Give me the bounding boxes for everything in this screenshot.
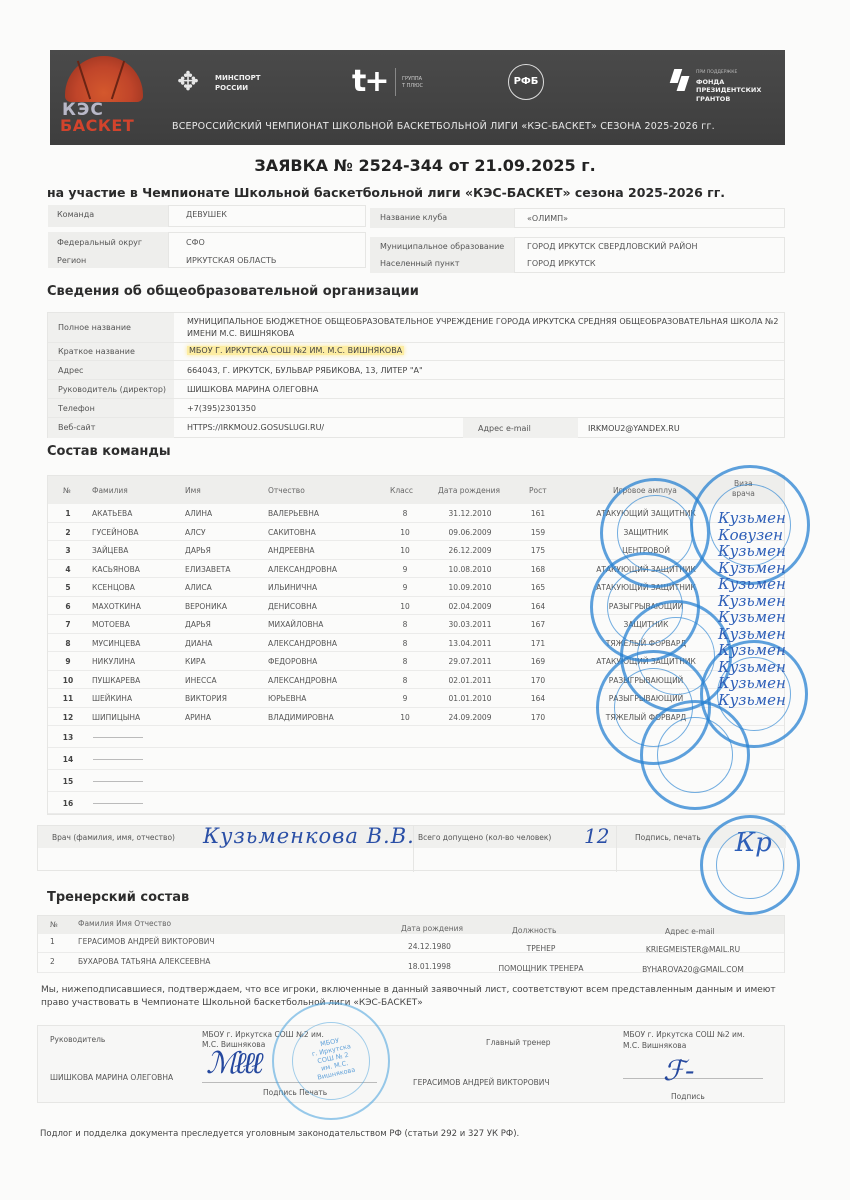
director-sign-line xyxy=(202,1082,377,1083)
director-label: Руководитель (директор) xyxy=(58,385,166,394)
roster-cell-surname: ГУСЕЙНОВА xyxy=(92,528,139,537)
director-signature-scribble: ℳℓℓℓ xyxy=(206,1046,260,1081)
roster-cell-patronymic: АЛЕКСАНДРОВНА xyxy=(268,676,337,685)
org-row-phone: Телефон +7(395)2301350 xyxy=(48,399,784,418)
legal-footer: Подлог и подделка документа преследуется… xyxy=(40,1129,519,1139)
roster-cell-birth: 26.12.2009 xyxy=(449,546,492,555)
doctor-divider-2 xyxy=(616,826,617,872)
fpg-line2: ПРЕЗИДЕНТСКИХ xyxy=(696,86,761,95)
team-value: ДЕВУШЕК xyxy=(186,210,227,219)
roster-cell-position: РАЗЫГРЫВАЮЩИЙ xyxy=(609,676,684,685)
roster-section-title: Состав команды xyxy=(47,444,171,459)
org-row-full-name: Полное название МУНИЦИПАЛЬНОЕ БЮДЖЕТНОЕ … xyxy=(48,313,784,343)
roster-cell-birth: 10.09.2010 xyxy=(449,583,492,592)
address-label: Адрес xyxy=(58,366,83,375)
fpg-line0: ПРИ ПОДДЕРЖКЕ xyxy=(696,69,761,78)
coach-row: 1ГЕРАСИМОВ АНДРЕЙ ВИКТОРОВИЧ24.12.1980ТР… xyxy=(38,934,784,953)
roster-cell-position: ТЯЖЕЛЫЙ ФОРВАРД xyxy=(606,639,686,648)
roster-cell-surname: МУСИНЦЕВА xyxy=(92,639,140,648)
roster-cell-surname: ЗАЙЦЕВА xyxy=(92,546,128,555)
roster-cell-height: 170 xyxy=(531,713,545,722)
roster-cell-position: ЗАЩИТНИК xyxy=(624,620,669,629)
minsport-line1: МИНСПОРТ xyxy=(215,73,261,83)
coach-sign-name: ГЕРАСИМОВ АНДРЕЙ ВИКТОРОВИЧ xyxy=(413,1078,550,1087)
fpg-line3: ГРАНТОВ xyxy=(696,95,761,104)
roster-cell-birth: 10.08.2010 xyxy=(449,565,492,574)
roster-row: 6МАХОТКИНАВЕРОНИКАДЕНИСОВНА1002.04.20091… xyxy=(48,597,784,616)
org-row-website: Веб-сайт HTTPS://IRKMOU2.GOSUSLUGI.RU/ А… xyxy=(48,418,784,438)
short-name-value: МБОУ Г. ИРКУТСКА СОШ №2 ИМ. М.С. ВИШНЯКО… xyxy=(187,346,404,355)
logo-basket-text: БАСКЕТ xyxy=(60,116,134,135)
team-label: Команда xyxy=(57,210,94,219)
roster-cell-patronymic: АЛЕКСАНДРОВНА xyxy=(268,565,337,574)
org-label-cell: Краткое название xyxy=(48,343,174,360)
roster-cell-num: 5 xyxy=(65,583,70,592)
header-banner: КЭС БАСКЕТ ✥ МИНСПОРТ РОССИИ t+ ГРУППА Т… xyxy=(50,50,785,145)
org-row-director: Руководитель (директор) ШИШКОВА МАРИНА О… xyxy=(48,380,784,399)
org-row-address: Адрес 664043, Г. ИРКУТСК, БУЛЬВАР РЯБИКО… xyxy=(48,361,784,380)
roster-cell-name: ИНЕССА xyxy=(185,676,217,685)
roster-cell-surname: КСЕНЦОВА xyxy=(92,583,135,592)
roster-cell-surname: ШИПИЦЫНА xyxy=(92,713,140,722)
roster-cell-name: ВИКТОРИЯ xyxy=(185,694,227,703)
roster-cell-patronymic: ВАЛЕРЬЕВНА xyxy=(268,509,319,518)
roster-cell-grade: 8 xyxy=(403,676,408,685)
roster-cell-height: 164 xyxy=(531,602,545,611)
col-height: Рост xyxy=(529,486,547,495)
org-label-cell: Полное название xyxy=(48,313,174,342)
municipality-label: Муниципальное образование xyxy=(380,242,504,251)
roster-cell-surname: ПУШКАРЕВА xyxy=(92,676,140,685)
roster-cell-birth: 31.12.2010 xyxy=(449,509,492,518)
org-row-short-name: Краткое название МБОУ Г. ИРКУТСКА СОШ №2… xyxy=(48,343,784,361)
confirmation-text: Мы, нижеподписавшиеся, подтверждаем, что… xyxy=(41,984,801,1010)
website-label: Веб-сайт xyxy=(58,423,95,432)
doctor-signature-label: Подпись, печать xyxy=(635,833,701,842)
roster-cell-birth: 02.04.2009 xyxy=(449,602,492,611)
roster-cell-grade: 9 xyxy=(403,583,408,592)
application-title: ЗАЯВКА № 2524-344 от 21.09.2025 г. xyxy=(0,156,850,175)
org-label-cell: Руководитель (директор) xyxy=(48,380,174,398)
coach-cell-role: ПОМОЩНИК ТРЕНЕРА xyxy=(499,964,584,973)
roster-cell-num: 8 xyxy=(65,639,70,648)
roster-cell-num: 6 xyxy=(65,602,70,611)
roster-cell-num: 2 xyxy=(65,528,70,537)
district-value: СФО xyxy=(186,238,205,247)
coach-cell-email: BYHAROVA20@GMAIL.COM xyxy=(642,965,744,974)
roster-cell-num: 10 xyxy=(63,676,73,685)
roster-row: 4КАСЬЯНОВАЕЛИЗАВЕТААЛЕКСАНДРОВНА910.08.2… xyxy=(48,560,784,579)
roster-cell-grade: 8 xyxy=(403,509,408,518)
org-info-table: Полное название МУНИЦИПАЛЬНОЕ БЮДЖЕТНОЕ … xyxy=(47,312,785,438)
admitted-count: 12 xyxy=(584,824,609,848)
empty-line xyxy=(93,803,143,804)
roster-cell-patronymic: ВЛАДИМИРОВНА xyxy=(268,713,334,722)
roster-cell-birth: 29.07.2011 xyxy=(449,657,492,666)
roster-cell-position: ЦЕНТРОВОЙ xyxy=(622,546,670,555)
roster-cell-surname: ШЕЙКИНА xyxy=(92,694,132,703)
region-label: Регион xyxy=(57,256,86,265)
roster-cell-grade: 9 xyxy=(403,694,408,703)
roster-cell-num: 11 xyxy=(63,694,73,703)
admitted-label: Всего допущено (кол-во человек) xyxy=(418,833,551,842)
roster-cell-position: АТАКУЮЩИЙ ЗАЩИТНИК xyxy=(596,657,696,666)
grants-fund-caption: ПРИ ПОДДЕРЖКЕ ФОНДА ПРЕЗИДЕНТСКИХ ГРАНТО… xyxy=(696,69,761,103)
roster-cell-name: АЛСУ xyxy=(185,528,206,537)
roster-cell-surname: АКАТЬЕВА xyxy=(92,509,132,518)
minsport-line2: РОССИИ xyxy=(215,83,261,93)
roster-cell-num: 7 xyxy=(65,620,70,629)
roster-cell-num: 4 xyxy=(65,565,70,574)
tplus-caption-line2: Т ПЛЮС xyxy=(402,83,423,90)
coach-sign-label: Главный тренер xyxy=(486,1038,551,1047)
fpg-line1: ФОНДА xyxy=(696,78,761,87)
coach-cell-role: ТРЕНЕР xyxy=(527,944,556,953)
org-section-title: Сведения об общеобразовательной организа… xyxy=(47,284,419,299)
tplus-divider xyxy=(395,68,396,96)
address-value: 664043, Г. ИРКУТСК, БУЛЬВАР РЯБИКОВА, 13… xyxy=(187,366,423,375)
roster-cell-patronymic: МИХАЙЛОВНА xyxy=(268,620,323,629)
roster-cell-name: ДИАНА xyxy=(185,639,212,648)
roster-cell-birth: 09.06.2009 xyxy=(449,528,492,537)
email-label: Адрес e-mail xyxy=(478,424,531,433)
roster-cell-grade: 8 xyxy=(403,639,408,648)
roster-row: 2ГУСЕЙНОВААЛСУСАКИТОВНА1009.06.2009159ЗА… xyxy=(48,523,784,542)
roster-header-row: № Фамилия Имя Отчество Класс Дата рожден… xyxy=(48,476,784,504)
roster-cell-num: 13 xyxy=(63,733,73,742)
basketball-logo-icon xyxy=(65,56,143,102)
tplus-caption-line1: ГРУППА xyxy=(402,76,423,83)
short-name-label: Краткое название xyxy=(58,347,135,356)
roster-cell-patronymic: ИЛЬИНИЧНА xyxy=(268,583,317,592)
roster-cell-num: 1 xyxy=(65,509,70,518)
roster-cell-birth: 13.04.2011 xyxy=(449,639,492,648)
roster-empty-row: 15 xyxy=(48,770,784,792)
rfb-logo: РФБ xyxy=(508,64,544,100)
roster-cell-height: 165 xyxy=(531,583,545,592)
eagle-emblem-icon: ✥ xyxy=(173,67,203,97)
roster-cell-height: 167 xyxy=(531,620,545,629)
roster-cell-num: 12 xyxy=(63,713,73,722)
roster-cell-name: ЕЛИЗАВЕТА xyxy=(185,565,231,574)
roster-row: 12ШИПИЦЫНААРИНАВЛАДИМИРОВНА1024.09.20091… xyxy=(48,708,784,727)
website-value: HTTPS://IRKMOU2.GOSUSLUGI.RU/ xyxy=(187,423,324,432)
coach-col-num: № xyxy=(50,920,58,929)
locality-value: ГОРОД ИРКУТСК xyxy=(527,259,596,268)
tplus-logo-icon: t+ xyxy=(352,64,387,99)
coach-cell-num: 2 xyxy=(50,957,55,966)
minsport-logo: МИНСПОРТ РОССИИ xyxy=(215,73,261,93)
doctor-block: Врач (фамилия, имя, отчество) Кузьменков… xyxy=(37,825,785,871)
highlighted-short-name: МБОУ Г. ИРКУТСКА СОШ №2 ИМ. М.С. ВИШНЯКО… xyxy=(187,346,404,355)
roster-cell-patronymic: ДЕНИСОВНА xyxy=(268,602,317,611)
col-surname: Фамилия xyxy=(92,486,128,495)
signature-block: Руководитель ШИШКОВА МАРИНА ОЛЕГОВНА МБО… xyxy=(37,1025,785,1103)
director-value: ШИШКОВА МАРИНА ОЛЕГОВНА xyxy=(187,385,318,394)
empty-line xyxy=(93,781,143,782)
roster-table: № Фамилия Имя Отчество Класс Дата рожден… xyxy=(47,475,785,815)
roster-cell-num: 15 xyxy=(63,777,73,786)
coach-cell-fio: ГЕРАСИМОВ АНДРЕЙ ВИКТОРОВИЧ xyxy=(78,937,215,946)
roster-cell-height: 168 xyxy=(531,565,545,574)
roster-cell-position: РАЗЫГРЫВАЮЩИЙ xyxy=(609,602,684,611)
roster-cell-grade: 10 xyxy=(400,528,410,537)
email-value: IRKMOU2@YANDEX.RU xyxy=(588,424,680,433)
roster-cell-position: ТЯЖЕЛЫЙ ФОРВАРД xyxy=(606,713,686,722)
roster-cell-position: АТАКУЮЩИЙ ЗАЩИТНИК xyxy=(596,565,696,574)
roster-cell-height: 170 xyxy=(531,676,545,685)
coach-cell-birth: 18.01.1998 xyxy=(408,962,451,971)
roster-cell-name: АЛИСА xyxy=(185,583,212,592)
roster-cell-name: ДАРЬЯ xyxy=(185,620,211,629)
director-sign-label: Руководитель xyxy=(50,1035,105,1044)
col-birth: Дата рождения xyxy=(438,486,500,495)
coach-row: 2БУХАРОВА ТАТЬЯНА АЛЕКСЕЕВНА18.01.1998ПО… xyxy=(38,954,784,973)
coach-org-line2: М.С. Вишнякова xyxy=(623,1041,686,1050)
phone-value: +7(395)2301350 xyxy=(187,404,256,413)
roster-cell-num: 3 xyxy=(65,546,70,555)
col-visa-line1: Виза xyxy=(734,479,753,488)
col-position: Игровое амплуа xyxy=(613,486,677,495)
roster-cell-position: АТАКУЮЩИЙ ЗАЩИТНИК xyxy=(596,583,696,592)
roster-empty-row: 13 xyxy=(48,726,784,748)
roster-cell-position: ЗАЩИТНИК xyxy=(624,528,669,537)
roster-cell-height: 171 xyxy=(531,639,545,648)
roster-cell-surname: НИКУЛИНА xyxy=(92,657,135,666)
championship-title: ВСЕРОССИЙСКИЙ ЧЕМПИОНАТ ШКОЛЬНОЙ БАСКЕТБ… xyxy=(172,121,715,132)
roster-empty-row: 16 xyxy=(48,792,784,814)
coach-col-birth: Дата рождения xyxy=(401,924,463,933)
roster-cell-patronymic: АНДРЕЕВНА xyxy=(268,546,315,555)
roster-cell-num: 9 xyxy=(65,657,70,666)
full-name-value-line1: МУНИЦИПАЛЬНОЕ БЮДЖЕТНОЕ ОБЩЕОБРАЗОВАТЕЛЬ… xyxy=(187,317,778,326)
roster-row: 11ШЕЙКИНАВИКТОРИЯЮРЬЕВНА901.01.2010164РА… xyxy=(48,689,784,708)
club-value: «ОЛИМП» xyxy=(527,214,568,223)
coaches-header-row: № Фамилия Имя Отчество Дата рождения Дол… xyxy=(38,916,784,934)
col-patronymic: Отчество xyxy=(268,486,305,495)
coach-signature-scribble: ℱ‐ xyxy=(663,1054,694,1087)
roster-cell-grade: 8 xyxy=(403,657,408,666)
club-label: Название клуба xyxy=(380,213,447,222)
roster-cell-patronymic: ЮРЬЕВНА xyxy=(268,694,306,703)
coaches-table: № Фамилия Имя Отчество Дата рождения Дол… xyxy=(37,915,785,973)
roster-row: 9НИКУЛИНАКИРАФЕДОРОВНА829.07.2011169АТАК… xyxy=(48,652,784,671)
roster-cell-name: ВЕРОНИКА xyxy=(185,602,227,611)
full-name-value-line2: ИМЕНИ М.С. ВИШНЯКОВА xyxy=(187,329,294,338)
roster-cell-birth: 02.01.2011 xyxy=(449,676,492,685)
district-label: Федеральный округ xyxy=(57,238,142,247)
roster-cell-height: 164 xyxy=(531,694,545,703)
roster-cell-height: 161 xyxy=(531,509,545,518)
roster-empty-row: 14 xyxy=(48,748,784,770)
roster-row: 8МУСИНЦЕВАДИАНААЛЕКСАНДРОВНА813.04.20111… xyxy=(48,634,784,653)
director-sign-caption: Подпись Печать xyxy=(263,1088,327,1097)
roster-cell-birth: 24.09.2009 xyxy=(449,713,492,722)
roster-cell-birth: 30.03.2011 xyxy=(449,620,492,629)
roster-cell-surname: КАСЬЯНОВА xyxy=(92,565,140,574)
roster-row: 1АКАТЬЕВААЛИНАВАЛЕРЬЕВНА831.12.2010161АТ… xyxy=(48,504,784,523)
grants-fund-logo-icon xyxy=(668,69,690,91)
roster-cell-patronymic: САКИТОВНА xyxy=(268,528,316,537)
col-name: Имя xyxy=(185,486,201,495)
roster-row: 7МОТОЕВАДАРЬЯМИХАЙЛОВНА830.03.2011167ЗАЩ… xyxy=(48,615,784,634)
roster-cell-surname: МОТОЕВА xyxy=(92,620,130,629)
coach-cell-birth: 24.12.1980 xyxy=(408,942,451,951)
roster-cell-num: 14 xyxy=(63,755,73,764)
org-label-cell: Адрес xyxy=(48,361,174,379)
doctor-label: Врач (фамилия, имя, отчество) xyxy=(52,833,175,842)
coach-cell-fio: БУХАРОВА ТАТЬЯНА АЛЕКСЕЕВНА xyxy=(78,957,210,966)
coach-col-fio: Фамилия Имя Отчество xyxy=(78,919,171,928)
roster-cell-name: ДАРЬЯ xyxy=(185,546,211,555)
empty-line xyxy=(93,737,143,738)
roster-cell-height: 169 xyxy=(531,657,545,666)
roster-cell-patronymic: АЛЕКСАНДРОВНА xyxy=(268,639,337,648)
coach-sign-caption: Подпись xyxy=(671,1092,705,1101)
roster-cell-birth: 01.01.2010 xyxy=(449,694,492,703)
roster-row: 10ПУШКАРЕВАИНЕССААЛЕКСАНДРОВНА802.01.201… xyxy=(48,671,784,690)
coach-org-line1: МБОУ г. Иркутска СОШ №2 им. xyxy=(623,1030,745,1039)
municipality-value: ГОРОД ИРКУТСК СВЕРДЛОВСКИЙ РАЙОН xyxy=(527,242,698,251)
roster-cell-name: КИРА xyxy=(185,657,206,666)
roster-row: 3ЗАЙЦЕВАДАРЬЯАНДРЕЕВНА1026.12.2009175ЦЕН… xyxy=(48,541,784,560)
col-num: № xyxy=(63,486,71,495)
coaches-section-title: Тренерский состав xyxy=(47,890,189,905)
roster-row: 5КСЕНЦОВААЛИСАИЛЬИНИЧНА910.09.2010165АТА… xyxy=(48,578,784,597)
roster-cell-grade: 10 xyxy=(400,546,410,555)
col-grade: Класс xyxy=(390,486,413,495)
locality-label: Населенный пункт xyxy=(380,259,459,268)
roster-cell-position: АТАКУЮЩИЙ ЗАЩИТНИК xyxy=(596,509,696,518)
empty-line xyxy=(93,759,143,760)
roster-cell-height: 175 xyxy=(531,546,545,555)
doctor-handwritten-name: Кузьменкова В.В. xyxy=(203,824,415,848)
phone-label: Телефон xyxy=(58,404,95,413)
roster-cell-surname: МАХОТКИНА xyxy=(92,602,141,611)
roster-cell-patronymic: ФЕДОРОВНА xyxy=(268,657,317,666)
roster-cell-name: АРИНА xyxy=(185,713,211,722)
application-subtitle: на участие в Чемпионате Школьной баскетб… xyxy=(47,185,725,200)
roster-cell-height: 159 xyxy=(531,528,545,537)
director-sign-name: ШИШКОВА МАРИНА ОЛЕГОВНА xyxy=(50,1073,173,1082)
roster-cell-grade: 10 xyxy=(400,602,410,611)
org-label-cell: Веб-сайт xyxy=(48,418,174,438)
roster-cell-num: 16 xyxy=(63,799,73,808)
roster-cell-name: АЛИНА xyxy=(185,509,212,518)
full-name-label: Полное название xyxy=(58,323,131,332)
region-value: ИРКУТСКАЯ ОБЛАСТЬ xyxy=(186,256,276,265)
org-label-cell: Телефон xyxy=(48,399,174,417)
coach-cell-num: 1 xyxy=(50,937,55,946)
col-visa-line2: врача xyxy=(732,489,755,498)
roster-cell-grade: 9 xyxy=(403,565,408,574)
roster-cell-position: РАЗЫГРЫВАЮЩИЙ xyxy=(609,694,684,703)
roster-cell-grade: 8 xyxy=(403,620,408,629)
roster-cell-grade: 10 xyxy=(400,713,410,722)
tplus-caption: ГРУППА Т ПЛЮС xyxy=(402,76,423,90)
